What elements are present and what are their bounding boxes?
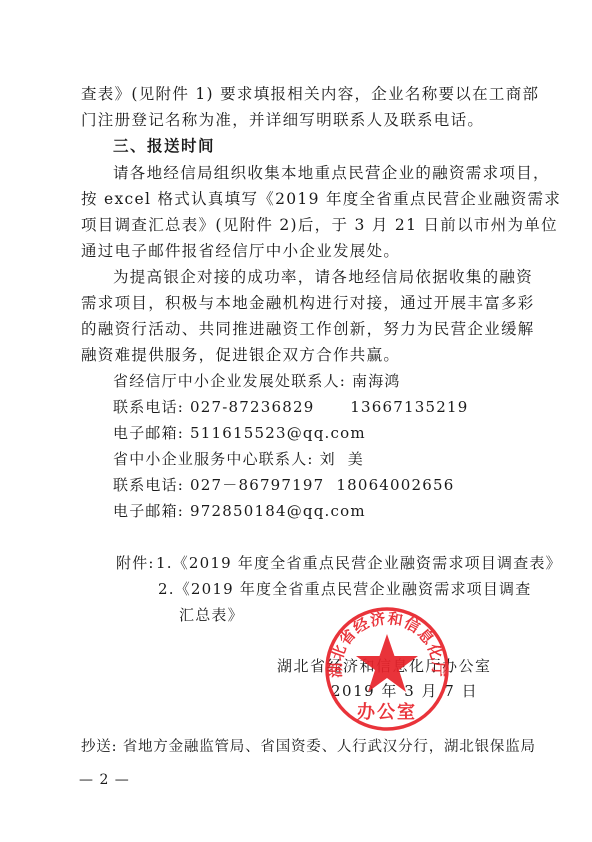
contact-phone: 联系电话: 027-87236829 13667135219 xyxy=(113,397,468,417)
paragraph-line: 为提高银企对接的成功率，请各地经信局依据收集的融资 xyxy=(113,267,521,287)
contact-email: 电子邮箱: 972850184@qq.com xyxy=(113,501,366,521)
attachment-item: 2.《2019 年度全省重点民营企业融资需求项目调查 xyxy=(158,579,531,599)
paragraph-line: 需求项目，积极与本地金融机构进行对接，通过开展丰富多彩 xyxy=(81,293,521,313)
svg-text:办公室: 办公室 xyxy=(357,701,417,723)
paragraph-line: 通过电子邮件报省经信厅中小企业发展处。 xyxy=(81,241,521,261)
attachment-item: 汇总表》 xyxy=(179,605,244,625)
cc-line: 抄送: 省地方金融监管局、省国资委、人行武汉分行，湖北银保监局 xyxy=(81,737,536,757)
paragraph-line: 请各地经信局组织收集本地重点民营企业的融资需求项目， xyxy=(113,163,521,183)
page-number: — 2 — xyxy=(79,770,130,790)
paragraph-line: 的融资行活动、共同推进融资工作创新，努力为民营企业缓解 xyxy=(81,319,521,339)
contact-person: 省中小企业服务中心联系人: 刘 美 xyxy=(113,449,364,469)
attachments-label: 附件: xyxy=(116,553,155,573)
signature-org: 湖北省经济和信息化厅办公室 xyxy=(277,656,492,676)
signature-date: 2019 年 3 月 7 日 xyxy=(331,681,478,701)
paragraph-line: 查表》(见附件 1) 要求填报相关内容，企业名称要以在工商部 xyxy=(81,84,521,104)
attachment-item: 1.《2019 年度全省重点民营企业融资需求项目调查表》 xyxy=(156,553,562,573)
contact-phone: 联系电话: 027－86797197 18064002656 xyxy=(113,475,455,495)
contact-person: 省经信厅中小企业发展处联系人: 南海鸿 xyxy=(113,371,401,391)
paragraph-line: 门注册登记名称为准，并详细写明联系人及联系电话。 xyxy=(81,110,521,130)
paragraph-line: 项目调查汇总表》(见附件 2)后，于 3 月 21 日前以市州为单位 xyxy=(81,215,521,235)
contact-email: 电子邮箱: 511615523@qq.com xyxy=(113,423,366,443)
section-heading: 三、报送时间 xyxy=(113,136,215,156)
paragraph-line: 按 excel 格式认真填写《2019 年度全省重点民营企业融资需求 xyxy=(81,189,521,209)
document-page: 查表》(见附件 1) 要求填报相关内容，企业名称要以在工商部 门注册登记名称为准… xyxy=(0,0,592,842)
paragraph-line: 融资难提供服务，促进银企双方合作共赢。 xyxy=(81,345,521,365)
